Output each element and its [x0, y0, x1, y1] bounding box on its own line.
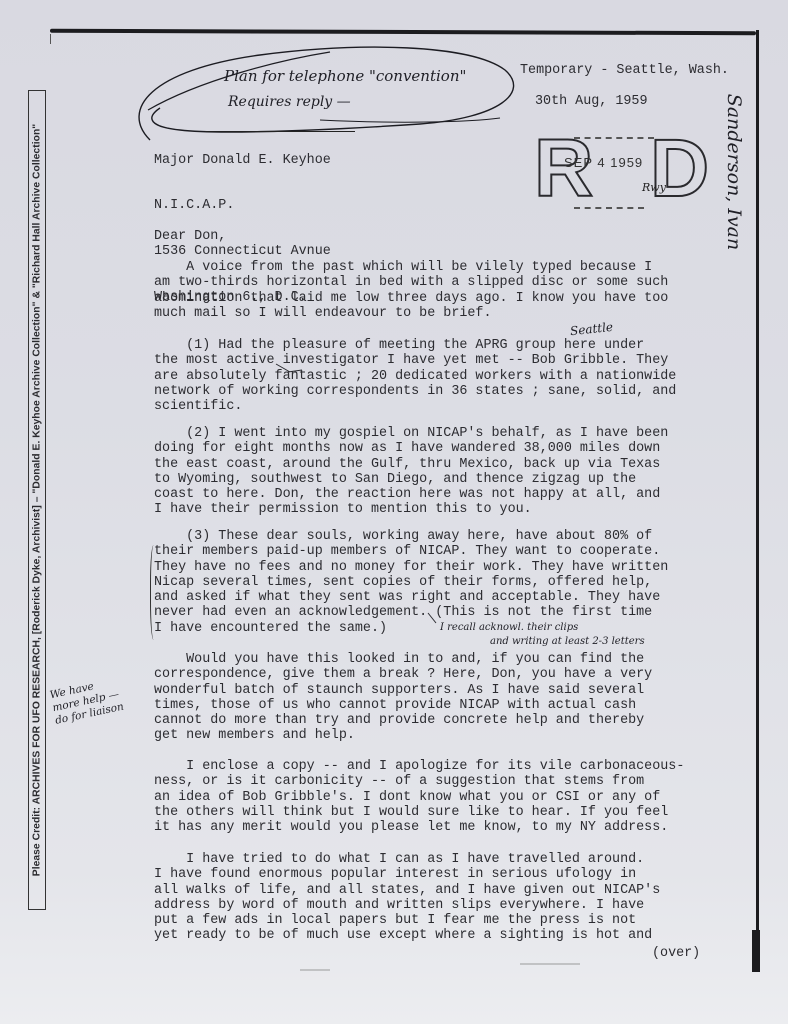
right-border-smudge: [752, 930, 760, 972]
stamp-initials: Rwy: [642, 181, 666, 194]
continued-over: (over): [652, 946, 700, 961]
border-tick: [50, 34, 51, 44]
inline-note-recall: I recall acknowl. their clips: [440, 622, 578, 633]
seattle-insert-note: Seattle: [569, 320, 613, 338]
recipient-line: 1536 Connecticut Avnue: [154, 244, 331, 259]
received-stamp: R D SEP 4 1959 Rwy: [534, 133, 698, 213]
top-border-line: [50, 29, 756, 35]
stamp-dashes: [574, 137, 654, 139]
paragraph-6: I have tried to do what I can as I have …: [154, 852, 660, 944]
name-strikethrough: [205, 131, 355, 132]
smudge-mark: [300, 969, 330, 971]
stamp-date: SEP 4 1959: [564, 155, 643, 170]
paragraph-5: I enclose a copy -- and I apologize for …: [154, 759, 684, 835]
letter-date: 30th Aug, 1959: [535, 94, 648, 109]
sender-location: Temporary - Seattle, Wash.: [520, 63, 729, 78]
archive-credit-text: Please Credit: ARCHIVES FOR UFO RESEARCH…: [32, 124, 43, 876]
right-border-line: [756, 30, 759, 960]
paragraph-3: (3) These dear souls, working away here,…: [154, 529, 668, 636]
oval-note-telephone-convention: Plan for telephone "convention": [224, 67, 466, 85]
paragraph-2: (2) I went into my gospiel on NICAP's be…: [154, 426, 668, 518]
inline-note-letters: and writing at least 2-3 letters: [490, 636, 645, 647]
salutation: Dear Don,: [154, 229, 226, 244]
stamp-dashes: [574, 207, 644, 209]
left-margin-note: We have more help — do for liaison: [49, 675, 125, 728]
stamp-letter-d: D: [650, 129, 709, 209]
smudge-mark: [520, 963, 580, 965]
scanned-letter-page: Please Credit: ARCHIVES FOR UFO RESEARCH…: [0, 0, 788, 1024]
recipient-line: N.I.C.A.P.: [154, 198, 331, 213]
vertical-handwritten-name: Sanderson, Ivan: [723, 94, 745, 250]
paragraph-4: Would you have this looked in to and, if…: [154, 652, 652, 744]
paragraph-intro: A voice from the past which will be vile…: [154, 260, 668, 321]
oval-note-requires-reply: Requires reply —: [228, 94, 351, 110]
recipient-line: Major Donald E. Keyhoe: [154, 153, 331, 168]
paragraph-1: (1) Had the pleasure of meeting the APRG…: [154, 338, 676, 414]
